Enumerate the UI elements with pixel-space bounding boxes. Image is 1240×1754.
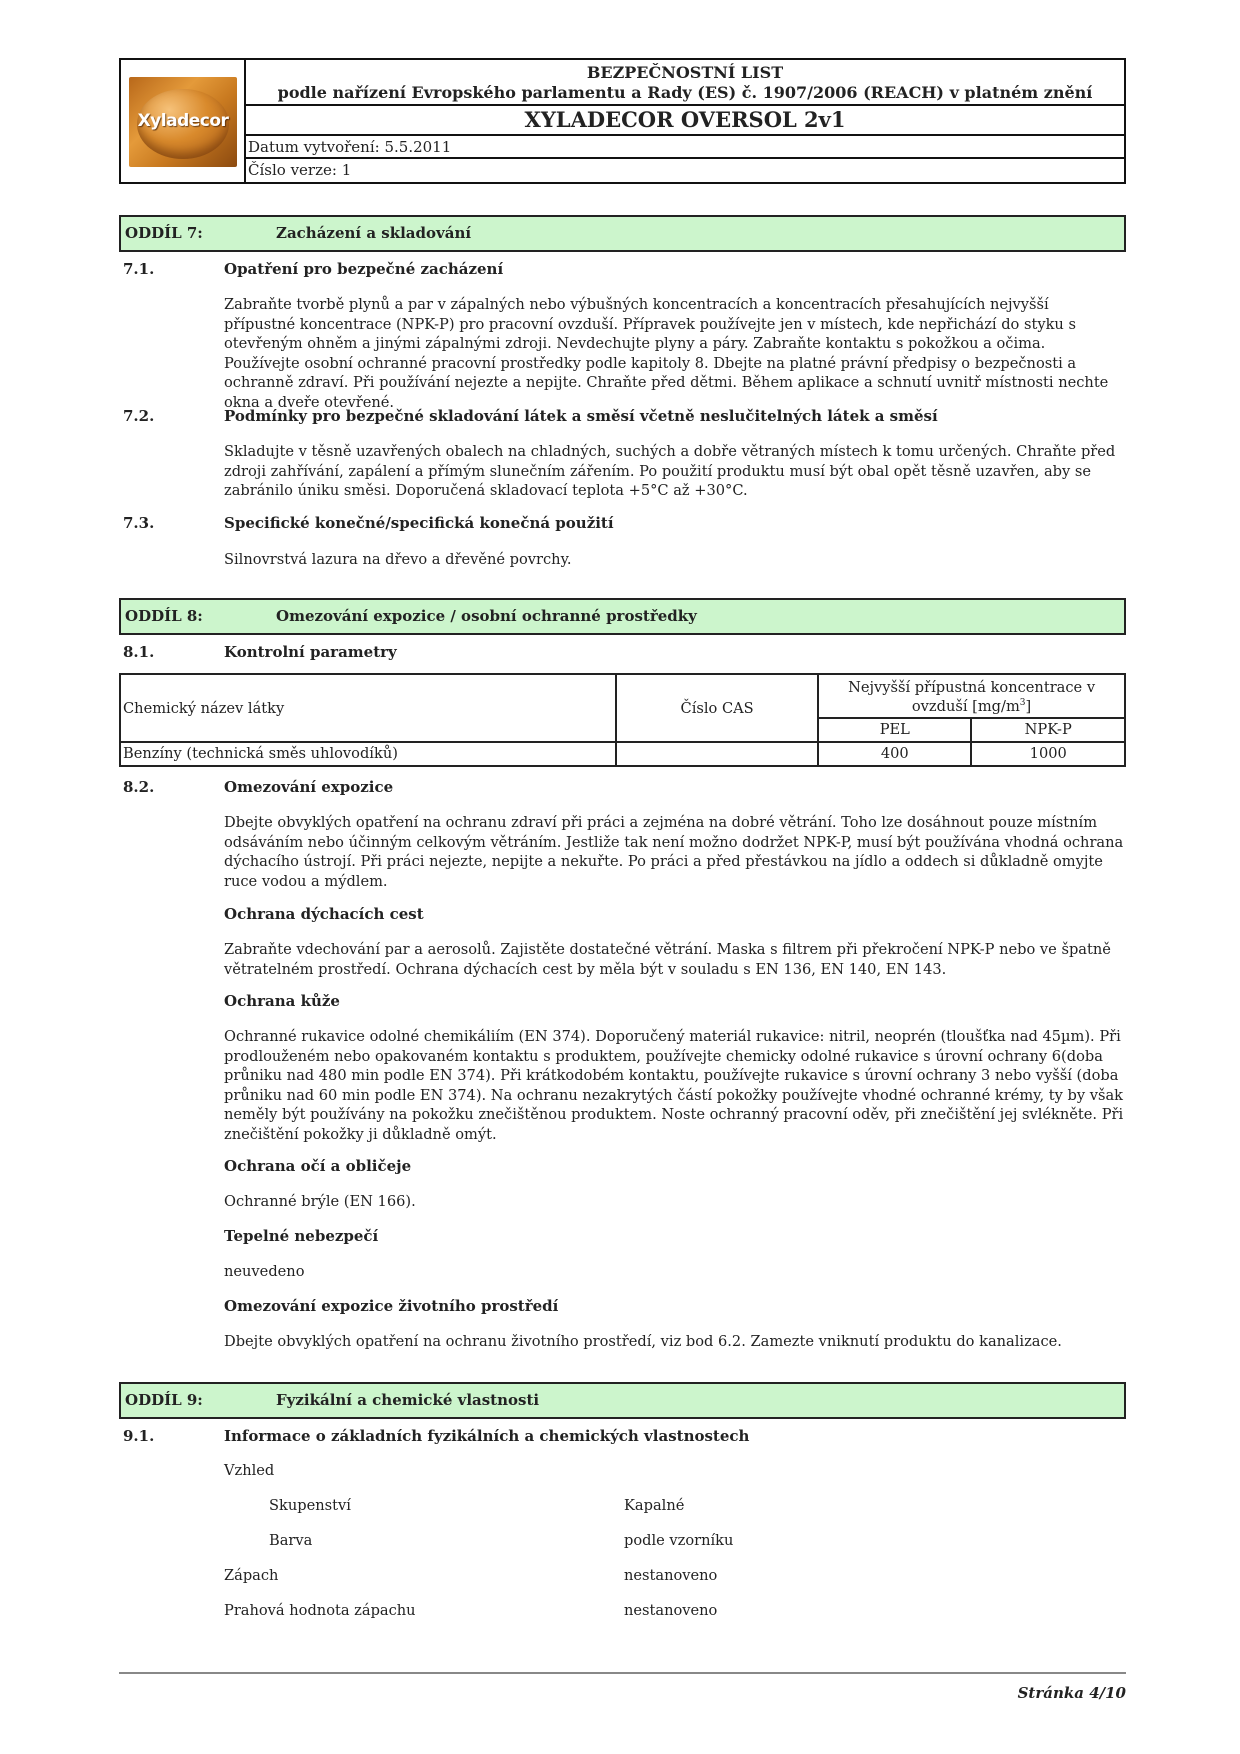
page-number: Stránka 4/10 xyxy=(1018,1684,1126,1702)
xyladecor-logo: Xyladecor xyxy=(129,77,237,167)
eyes-title: Ochrana očí a obličeje xyxy=(224,1157,411,1175)
property-label: Prahová hodnota zápachu xyxy=(224,1602,416,1619)
subsection-title: Kontrolní parametry xyxy=(224,643,397,661)
property-label: Skupenství xyxy=(269,1497,351,1514)
respiratory-title: Ochrana dýchacích cest xyxy=(224,905,424,923)
document-header: Xyladecor BEZPEČNOSTNÍ LIST podle naříze… xyxy=(119,58,1126,184)
subsection-title: Specifické konečné/specifická konečná po… xyxy=(224,514,614,532)
version-number: Číslo verze: 1 xyxy=(246,159,1124,182)
skin-title: Ochrana kůže xyxy=(224,992,340,1010)
appearance-label: Vzhled xyxy=(224,1462,274,1479)
product-name: XYLADECOR OVERSOL 2v1 xyxy=(246,106,1124,136)
control-parameters-table: Chemický název látky Číslo CAS Nejvyšší … xyxy=(119,673,1126,767)
section-9-header: ODDÍL 9: Fyzikální a chemické vlastnosti xyxy=(119,1382,1126,1419)
header-title-block: BEZPEČNOSTNÍ LIST podle nařízení Evropsk… xyxy=(246,60,1124,106)
subsection-title: Omezování expozice xyxy=(224,778,393,796)
property-label: Barva xyxy=(269,1532,312,1549)
property-value: Kapalné xyxy=(624,1497,684,1514)
subsection-title: Opatření pro bezpečné zacházení xyxy=(224,260,503,278)
doc-type: BEZPEČNOSTNÍ LIST xyxy=(246,63,1124,83)
subsection-number: 8.1. xyxy=(123,643,154,661)
subsection-number: 9.1. xyxy=(123,1427,154,1445)
environment-title: Omezování expozice životního prostředí xyxy=(224,1297,558,1315)
property-label: Zápach xyxy=(224,1567,278,1584)
paragraph: Ochranné brýle (EN 166). xyxy=(224,1192,1124,1212)
header-concentration-limit: Nejvyšší přípustná koncentrace v ovzduší… xyxy=(818,674,1125,718)
paragraph: Zabraňte vdechování par a aerosolů. Zaji… xyxy=(224,940,1124,979)
table-row: Benzíny (technická směs uhlovodíků) 400 … xyxy=(120,742,1125,766)
cell-cas xyxy=(616,742,818,766)
section-title: Omezování expozice / osobní ochranné pro… xyxy=(276,600,697,633)
section-7-header: ODDÍL 7: Zacházení a skladování xyxy=(119,215,1126,252)
footer-divider xyxy=(119,1672,1126,1674)
regulation: podle nařízení Evropského parlamentu a R… xyxy=(246,83,1124,103)
section-number: ODDÍL 9: xyxy=(125,1384,203,1417)
cell-npk: 1000 xyxy=(971,742,1125,766)
property-value: podle vzorníku xyxy=(624,1532,733,1549)
limit-end: ] xyxy=(1026,698,1032,715)
cell-name: Benzíny (technická směs uhlovodíků) xyxy=(120,742,616,766)
header-chemical-name: Chemický název látky xyxy=(120,674,616,742)
subsection-number: 7.1. xyxy=(123,260,154,278)
section-8-header: ODDÍL 8: Omezování expozice / osobní och… xyxy=(119,598,1126,635)
header-pel: PEL xyxy=(818,718,971,742)
header-info: BEZPEČNOSTNÍ LIST podle nařízení Evropsk… xyxy=(246,60,1124,182)
paragraph: Ochranné rukavice odolné chemikáliím (EN… xyxy=(224,1027,1124,1144)
logo-cell: Xyladecor xyxy=(121,60,246,182)
subsection-number: 7.3. xyxy=(123,514,154,532)
paragraph: Skladujte v těsně uzavřených obalech na … xyxy=(224,442,1124,501)
section-number: ODDÍL 7: xyxy=(125,217,203,250)
cell-pel: 400 xyxy=(818,742,971,766)
header-npk: NPK-P xyxy=(971,718,1125,742)
limit-label: Nejvyšší přípustná koncentrace v ovzduší… xyxy=(848,679,1095,715)
section-number: ODDÍL 8: xyxy=(125,600,203,633)
logo-text: Xyladecor xyxy=(129,111,237,131)
section-title: Fyzikální a chemické vlastnosti xyxy=(276,1384,539,1417)
property-value: nestanoveno xyxy=(624,1567,717,1584)
thermal-title: Tepelné nebezpečí xyxy=(224,1227,378,1245)
subsection-number: 7.2. xyxy=(123,407,154,425)
paragraph: Zabraňte tvorbě plynů a par v zápalných … xyxy=(224,295,1124,412)
header-cas: Číslo CAS xyxy=(616,674,818,742)
property-value: nestanoveno xyxy=(624,1602,717,1619)
subsection-title: Informace o základních fyzikálních a che… xyxy=(224,1427,749,1445)
subsection-title: Podmínky pro bezpečné skladování látek a… xyxy=(224,407,938,425)
section-title: Zacházení a skladování xyxy=(276,217,471,250)
creation-date: Datum vytvoření: 5.5.2011 xyxy=(246,136,1124,159)
paragraph: Dbejte obvyklých opatření na ochranu živ… xyxy=(224,1332,1124,1352)
paragraph: Dbejte obvyklých opatření na ochranu zdr… xyxy=(224,813,1124,891)
paragraph: Silnovrstvá lazura na dřevo a dřevěné po… xyxy=(224,550,1124,570)
paragraph: neuvedeno xyxy=(224,1262,1124,1282)
subsection-number: 8.2. xyxy=(123,778,154,796)
